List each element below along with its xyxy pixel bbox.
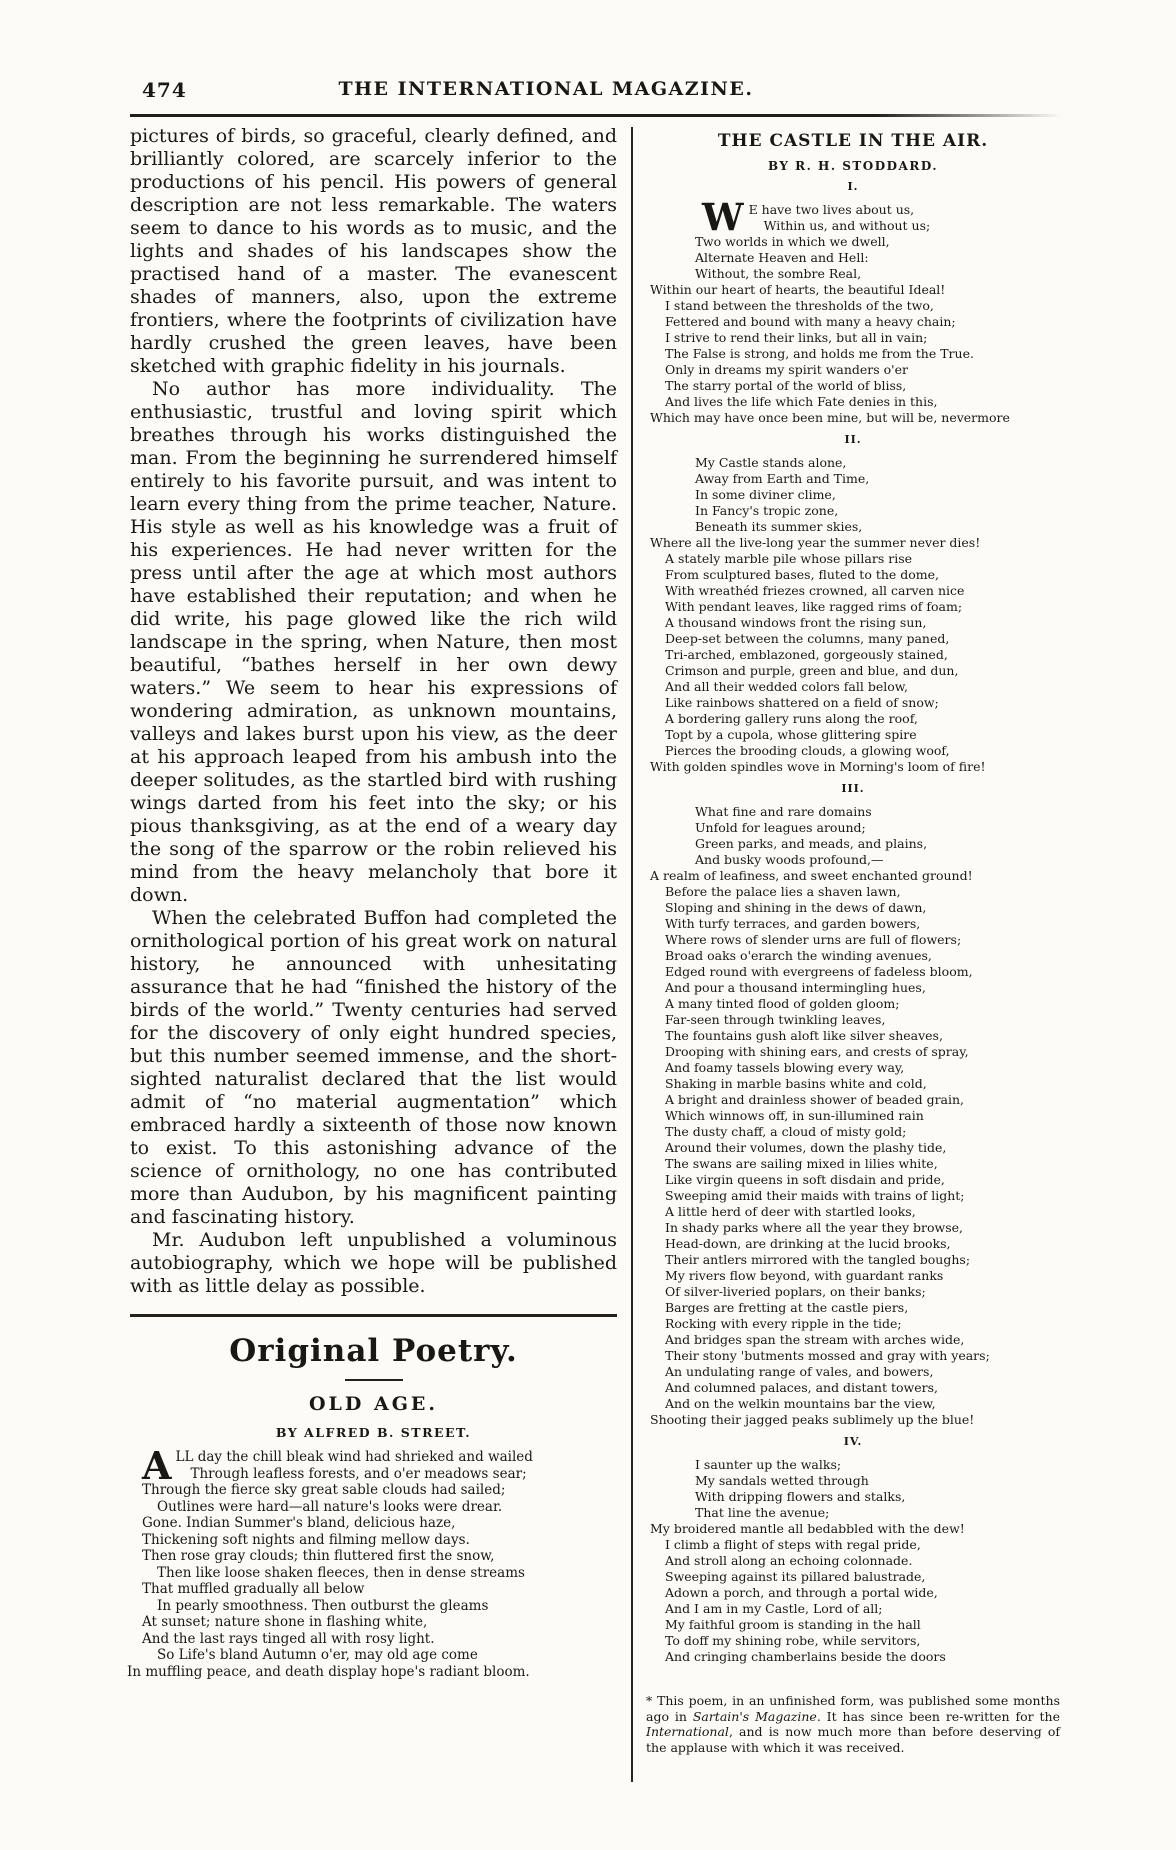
stanza-numeral: I.	[646, 180, 1060, 193]
poem-line: With dripping flowers and stalks,	[650, 1489, 1060, 1505]
masthead-title: THE INTERNATIONAL MAGAZINE.	[80, 78, 1012, 100]
poem-line: Their stony 'butments mossed and gray wi…	[650, 1348, 1060, 1364]
footnote-italic-text: International	[646, 1724, 729, 1739]
poem-line: Which winnows off, in sun-illumined rain	[650, 1108, 1060, 1124]
column-divider-rule	[631, 127, 633, 1782]
poem-line: Sweeping against its pillared balustrade…	[650, 1569, 1060, 1585]
poem-line: Where all the live-long year the summer …	[650, 535, 1060, 551]
paragraph: pictures of birds, so graceful, clearly …	[130, 125, 617, 378]
poem-title-castle: THE CASTLE IN THE AIR.	[646, 131, 1060, 151]
poem-line: Shooting their jagged peaks sublimely up…	[650, 1412, 1060, 1428]
poem-line: Head-down, are drinking at the lucid bro…	[650, 1236, 1060, 1252]
poem-line: Sweeping amid their maids with trains of…	[650, 1188, 1060, 1204]
poem-line: A many tinted flood of golden gloom;	[650, 996, 1060, 1012]
poem-line: Drooping with shining ears, and crests o…	[650, 1044, 1060, 1060]
poem-line: Pierces the brooding clouds, a glowing w…	[650, 743, 1060, 759]
poem-line: The dusty chaff, a cloud of misty gold;	[650, 1124, 1060, 1140]
poem-line: Then rose gray clouds; thin fluttered fi…	[142, 1548, 617, 1565]
poem-line: Broad oaks o'erarch the winding avenues,	[650, 948, 1060, 964]
poem-line: And foamy tassels blowing every way,	[650, 1060, 1060, 1076]
poem-line: The False is strong, and holds me from t…	[650, 346, 1060, 362]
poem-line: Tri-arched, emblazoned, gorgeously stain…	[650, 647, 1060, 663]
poem-line: That muffled gradually all below	[142, 1581, 617, 1598]
poem-castle: I.WE have two lives about us,Within us, …	[646, 180, 1060, 1665]
poem-line: Within our heart of hearts, the beautifu…	[650, 282, 1060, 298]
drop-cap: W	[702, 202, 744, 232]
stanza: I saunter up the walks;My sandals wetted…	[646, 1457, 1060, 1665]
poem-line: And I am in my Castle, Lord of all;	[650, 1601, 1060, 1617]
stanza-numeral: IV.	[646, 1435, 1060, 1448]
poem-line: At sunset; nature shone in flashing whit…	[142, 1614, 617, 1631]
poem-line: Through the fierce sky great sable cloud…	[142, 1482, 617, 1499]
footnote-text: This poem, in an unfinished form, was pu…	[646, 1693, 1060, 1755]
poem-line: With pendant leaves, like ragged rims of…	[650, 599, 1060, 615]
poem-line: And the last rays tinged all with rosy l…	[142, 1631, 617, 1648]
poem-line: Gone. Indian Summer's bland, delicious h…	[142, 1515, 617, 1532]
poem-line: From sculptured bases, fluted to the dom…	[650, 567, 1060, 583]
footnote-text-segment: . It has since been re-written for the	[817, 1709, 1060, 1724]
poem-line: A bright and drainless shower of beaded …	[650, 1092, 1060, 1108]
poem-line: An undulating range of vales, and bowers…	[650, 1364, 1060, 1380]
poem-line: Then like loose shaken fleeces, then in …	[142, 1565, 617, 1582]
poem-line: I strive to rend their links, but all in…	[650, 330, 1060, 346]
poem-line: My sandals wetted through	[650, 1473, 1060, 1489]
two-column-layout: pictures of birds, so graceful, clearly …	[130, 125, 1062, 1782]
stanza: WE have two lives about us,Within us, an…	[646, 202, 1060, 426]
poem-line: With wreathéd friezes crowned, all carve…	[650, 583, 1060, 599]
poem-line: So Life's bland Autumn o'er, may old age…	[142, 1647, 617, 1664]
poem-line: With golden spindles wove in Morning's l…	[650, 759, 1060, 775]
poem-line: Thickening soft nights and filming mello…	[142, 1532, 617, 1549]
poem-line: Far-seen through twinkling leaves,	[650, 1012, 1060, 1028]
magazine-page: 474 THE INTERNATIONAL MAGAZINE. pictures…	[0, 0, 1176, 1850]
footnote-italic-text: Sartain's Magazine	[693, 1709, 817, 1724]
poem-line: To doff my shining robe, while servitors…	[650, 1633, 1060, 1649]
paragraph: When the celebrated Buffon had completed…	[130, 907, 617, 1229]
poem-line: In pearly smoothness. Then outburst the …	[142, 1598, 617, 1615]
poem-line: I stand between the thresholds of the tw…	[650, 298, 1060, 314]
poem-line: Through leafless forests, and o'er meado…	[142, 1466, 617, 1483]
poem-line: Like rainbows shattered on a field of sn…	[650, 695, 1060, 711]
poem-line: And bridges span the stream with arches …	[650, 1332, 1060, 1348]
poem-line: Unfold for leagues around;	[650, 820, 1060, 836]
poem-line: LL day the chill bleak wind had shrieked…	[142, 1449, 617, 1466]
poem-line: The fountains gush aloft like silver she…	[650, 1028, 1060, 1044]
ornament-rule	[345, 1379, 403, 1381]
paragraph: Mr. Audubon left unpublished a voluminou…	[130, 1229, 617, 1298]
poem-line: Green parks, and meads, and plains,	[650, 836, 1060, 852]
poem-line: And all their wedded colors fall below,	[650, 679, 1060, 695]
poem-line: The starry portal of the world of bliss,	[650, 378, 1060, 394]
header-rule	[130, 114, 1062, 117]
section-divider-rule	[130, 1314, 617, 1317]
left-column: pictures of birds, so graceful, clearly …	[130, 125, 617, 1782]
drop-cap: A	[142, 1450, 171, 1481]
page-header: 474 THE INTERNATIONAL MAGAZINE.	[130, 74, 1062, 106]
poem-line: Edged round with evergreens of fadeless …	[650, 964, 1060, 980]
poem-line: In shady parks where all the year they b…	[650, 1220, 1060, 1236]
poem-line: In some diviner clime,	[650, 487, 1060, 503]
poem-line: My faithful groom is standing in the hal…	[650, 1617, 1060, 1633]
poem-title-old-age: OLD AGE.	[130, 1393, 617, 1415]
poem-line: With turfy terraces, and garden bowers,	[650, 916, 1060, 932]
poem-line: A realm of leafiness, and sweet enchante…	[650, 868, 1060, 884]
poem-line: The swans are sailing mixed in lilies wh…	[650, 1156, 1060, 1172]
poem-line: And on the welkin mountains bar the view…	[650, 1396, 1060, 1412]
poem-line: Barges are fretting at the castle piers,	[650, 1300, 1060, 1316]
poem-line: Outlines were hard—all nature's looks we…	[142, 1499, 617, 1516]
poem-line: And busky woods profound,—	[650, 852, 1060, 868]
section-heading: Original Poetry.	[130, 1333, 617, 1369]
poem-line: That line the avenue;	[650, 1505, 1060, 1521]
poem-line: In muffling peace, and death display hop…	[142, 1664, 617, 1681]
poem-line: Like virgin queens in soft disdain and p…	[650, 1172, 1060, 1188]
poem-line: Before the palace lies a shaven lawn,	[650, 884, 1060, 900]
poem-line: Topt by a cupola, whose glittering spire	[650, 727, 1060, 743]
poem-line: Crimson and purple, green and blue, and …	[650, 663, 1060, 679]
poem-line: Deep-set between the columns, many paned…	[650, 631, 1060, 647]
poem-line: A stately marble pile whose pillars rise	[650, 551, 1060, 567]
poem-line: And cringing chamberlains beside the doo…	[650, 1649, 1060, 1665]
poem-old-age: ALL day the chill bleak wind had shrieke…	[130, 1449, 617, 1680]
right-column: THE CASTLE IN THE AIR. BY R. H. STODDARD…	[646, 125, 1060, 1782]
poem-line: Adown a porch, and through a portal wide…	[650, 1585, 1060, 1601]
stanza: What fine and rare domainsUnfold for lea…	[646, 804, 1060, 1428]
poem-line: My Castle stands alone,	[650, 455, 1060, 471]
poem-line: My rivers flow beyond, with guardant ran…	[650, 1268, 1060, 1284]
stanza: My Castle stands alone,Away from Earth a…	[646, 455, 1060, 775]
footnote: * This poem, in an unfinished form, was …	[646, 1693, 1060, 1755]
poem-line: In Fancy's tropic zone,	[650, 503, 1060, 519]
poem-line: Around their volumes, down the plashy ti…	[650, 1140, 1060, 1156]
poem-line: Fettered and bound with many a heavy cha…	[650, 314, 1060, 330]
poem-line: A little herd of deer with startled look…	[650, 1204, 1060, 1220]
stanza-numeral: II.	[646, 433, 1060, 446]
poem-line: Without, the sombre Real,	[650, 266, 1060, 282]
poem-line: And lives the life which Fate denies in …	[650, 394, 1060, 410]
poem-line: Rocking with every ripple in the tide;	[650, 1316, 1060, 1332]
poem-line: Away from Earth and Time,	[650, 471, 1060, 487]
poem-byline-old-age: BY ALFRED B. STREET.	[130, 1425, 617, 1440]
poem-line: Shaking in marble basins white and cold,	[650, 1076, 1060, 1092]
poem-line: Two worlds in which we dwell,	[650, 234, 1060, 250]
poem-line: Where rows of slender urns are full of f…	[650, 932, 1060, 948]
article-body: pictures of birds, so graceful, clearly …	[130, 125, 617, 1298]
poem-line: I climb a flight of steps with regal pri…	[650, 1537, 1060, 1553]
paragraph: No author has more individuality. The en…	[130, 378, 617, 907]
poem-line: Which may have once been mine, but will …	[650, 410, 1060, 426]
poem-line: I saunter up the walks;	[650, 1457, 1060, 1473]
poem-line: What fine and rare domains	[650, 804, 1060, 820]
poem-line: A bordering gallery runs along the roof,	[650, 711, 1060, 727]
poem-line: Of silver-liveried poplars, on their ban…	[650, 1284, 1060, 1300]
poem-line: My broidered mantle all bedabbled with t…	[650, 1521, 1060, 1537]
poem-line: Alternate Heaven and Hell:	[650, 250, 1060, 266]
poem-line: And pour a thousand intermingling hues,	[650, 980, 1060, 996]
poem-byline-castle: BY R. H. STODDARD.	[646, 159, 1060, 173]
poem-line: Only in dreams my spirit wanders o'er	[650, 362, 1060, 378]
poem-line: Their antlers mirrored with the tangled …	[650, 1252, 1060, 1268]
stanza-numeral: III.	[646, 782, 1060, 795]
poem-line: And columned palaces, and distant towers…	[650, 1380, 1060, 1396]
poem-line: A thousand windows front the rising sun,	[650, 615, 1060, 631]
poem-line: Beneath its summer skies,	[650, 519, 1060, 535]
poem-line: Sloping and shining in the dews of dawn,	[650, 900, 1060, 916]
poem-line: And stroll along an echoing colonnade.	[650, 1553, 1060, 1569]
